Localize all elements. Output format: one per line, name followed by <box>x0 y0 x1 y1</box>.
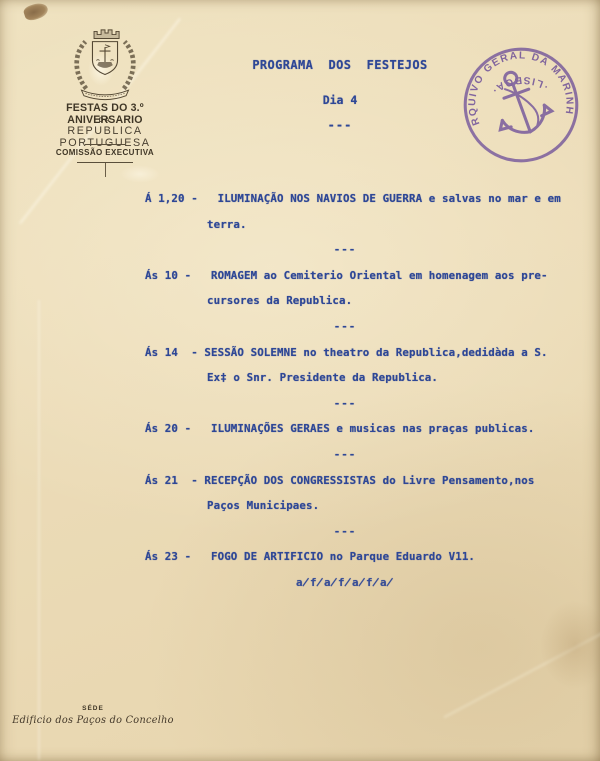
letterhead-committee: COMISSÃO EXECUTIVA <box>25 148 185 157</box>
paper-stain <box>540 600 600 690</box>
program-line: Ás 21 - RECEPÇÃO DOS CONGRESSISTAS do Li… <box>145 468 545 494</box>
program-separator: --- <box>145 314 545 340</box>
paper-blemish <box>22 1 49 23</box>
footer: SÉDE Edificio dos Paços do Concelho <box>8 705 178 726</box>
program-line: Ás 14 - SESSÃO SOLEMNE no theatro da Rep… <box>145 340 545 366</box>
archive-stamp: ARQUIVO GERAL DA MARINHA ·LISBOA· <box>450 34 592 176</box>
paper-blemish <box>120 165 160 183</box>
paper-crease <box>38 300 40 760</box>
program-separator: --- <box>145 391 545 417</box>
scanned-document-page: FESTAS DO 3.º ANIVERSARIO DA REPUBLICA P… <box>0 0 600 761</box>
program-separator: --- <box>145 519 545 545</box>
day-subtitle: Dia 4 <box>230 93 450 107</box>
program-separator: --- <box>145 442 545 468</box>
program-line: Á 1,20 - ILUMINAÇÃO NOS NAVIOS DE GUERRA… <box>145 186 545 212</box>
footer-sede-label: SÉDE <box>8 705 178 712</box>
program-line: terra. <box>145 212 545 238</box>
program-line: Ás 23 - FOGO DE ARTIFICIO no Parque Edua… <box>145 544 545 570</box>
program-line: Paços Municipaes. <box>145 493 545 519</box>
title-separator: --- <box>230 118 450 132</box>
letterhead-rule-tick <box>105 163 106 177</box>
page-title: PROGRAMA DOS FESTEJOS <box>230 58 450 72</box>
coat-of-arms-icon <box>58 20 152 104</box>
letterhead-republica: REPUBLICA PORTUGUESA <box>27 125 184 149</box>
program-separator: --- <box>145 237 545 263</box>
document-title-block: PROGRAMA DOS FESTEJOS Dia 4 --- <box>230 58 450 132</box>
program-line: Ás 10 - ROMAGEM ao Cemiterio Oriental em… <box>145 263 545 289</box>
program-line: cursores da Republica. <box>145 288 545 314</box>
letterhead-rule <box>85 144 125 145</box>
letterhead-da: DA <box>25 117 185 124</box>
program-end-mark: a̸f̸a̸f̸a̸f̸a̸ <box>145 570 545 596</box>
program-line: Ás 20 - ILUMINAÇÕES GERAES e musicas nas… <box>145 416 545 442</box>
program-list: Á 1,20 - ILUMINAÇÃO NOS NAVIOS DE GUERRA… <box>145 186 545 596</box>
program-line: Ex‡ o Snr. Presidente da Republica. <box>145 365 545 391</box>
footer-address: Edificio dos Paços do Concelho <box>11 715 176 726</box>
